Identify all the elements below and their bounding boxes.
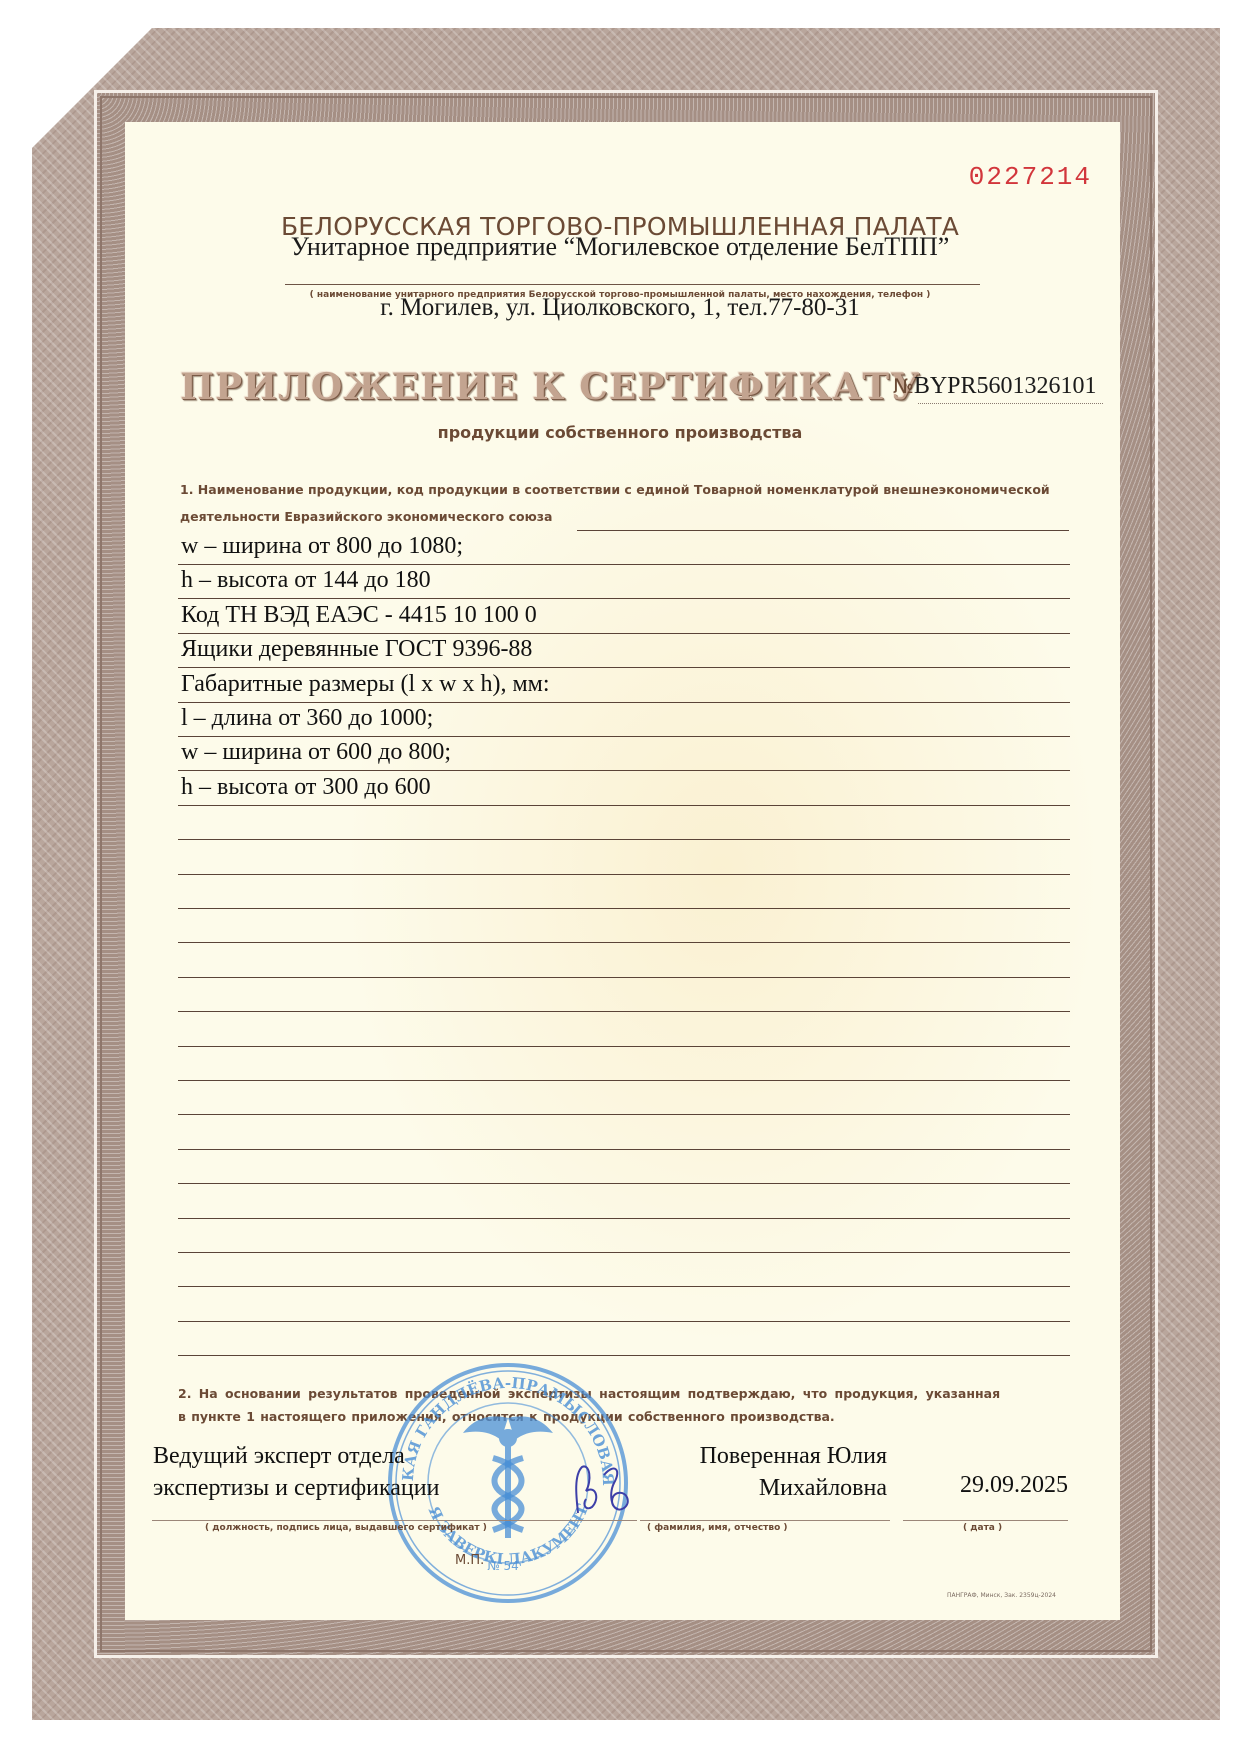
ruled-line [178, 839, 1070, 840]
section1-heading-line1: 1. Наименование продукции, код продукции… [180, 482, 1050, 497]
name-line2: Михайловна [700, 1472, 887, 1504]
printer-note: ПАНГРАФ, Минск, Зак. 2359ц-2024 [947, 1592, 1056, 1599]
name-line1: Поверенная Юлия [700, 1440, 887, 1472]
ruled-line [178, 1321, 1070, 1322]
product-entry: w – ширина от 800 до 1080; [181, 533, 463, 560]
ruled-line [178, 667, 1070, 668]
ruled-line [178, 942, 1070, 943]
certificate-number-rule [918, 403, 1103, 404]
product-entry: Габаритные размеры (l x w x h), мм: [181, 671, 550, 698]
svg-text:№ 54: № 54 [487, 1559, 519, 1573]
ruled-line [178, 702, 1070, 703]
ruled-line [178, 633, 1070, 634]
enterprise-name: Унитарное предприятие “Могилевское отдел… [0, 232, 1240, 262]
position-rule [152, 1520, 637, 1521]
product-entry: w – ширина от 600 до 800; [181, 739, 451, 766]
certificate-number-value: BYPR5601326101 [914, 373, 1097, 399]
name-rule [640, 1520, 890, 1521]
issuer-address: г. Могилев, ул. Циолковского, 1, тел.77-… [0, 294, 1240, 322]
number-sign: № [893, 374, 914, 398]
position-line1: Ведущий эксперт отдела [153, 1440, 439, 1472]
ruled-line [178, 1183, 1070, 1184]
signature-date: 29.09.2025 [960, 1472, 1068, 1499]
signature-icon [570, 1455, 640, 1525]
document-subtitle: продукции собственного производства [0, 423, 1240, 442]
issuer-rule [285, 284, 980, 285]
name-caption: ( фамилия, имя, отчество ) [647, 1523, 788, 1533]
ruled-line [178, 1149, 1070, 1150]
ruled-line [178, 977, 1070, 978]
position-caption: ( должность, подпись лица, выдавшего сер… [205, 1523, 487, 1533]
signatory-position: Ведущий эксперт отдела экспертизы и серт… [153, 1440, 439, 1504]
ruled-line [178, 1286, 1070, 1287]
ruled-line [178, 564, 1070, 565]
ruled-line [178, 1252, 1070, 1253]
serial-number: 0227214 [969, 162, 1092, 192]
ruled-line [178, 1114, 1070, 1115]
seal-label: М.П. [455, 1553, 484, 1568]
ruled-line [178, 874, 1070, 875]
document-title: ПРИЛОЖЕНИЕ К СЕРТИФИКАТУ [180, 366, 920, 408]
ruled-line [178, 1046, 1070, 1047]
section1-heading-rule [577, 530, 1069, 531]
date-rule [903, 1520, 1068, 1521]
certificate-number: №BYPR5601326101 [893, 373, 1097, 400]
product-entry: Код ТН ВЭД ЕАЭС - 4415 10 100 0 [181, 602, 537, 629]
section1-heading-line2: деятельности Евразийского экономического… [180, 509, 552, 524]
ruled-line [178, 736, 1070, 737]
ruled-line [178, 1080, 1070, 1081]
product-entry: h – высота от 300 до 600 [181, 774, 431, 801]
ruled-line [178, 908, 1070, 909]
product-entry: l – длина от 360 до 1000; [181, 705, 433, 732]
ruled-line [178, 1011, 1070, 1012]
product-entry: h – высота от 144 до 180 [181, 567, 431, 594]
ruled-line [178, 805, 1070, 806]
ruled-line [178, 770, 1070, 771]
ruled-line [178, 1355, 1070, 1356]
signatory-name: Поверенная Юлия Михайловна [700, 1440, 887, 1504]
date-caption: ( дата ) [963, 1523, 1002, 1533]
ruled-line [178, 598, 1070, 599]
product-entry: Ящики деревянные ГОСТ 9396-88 [181, 636, 532, 663]
position-line2: экспертизы и сертификации [153, 1472, 439, 1504]
ruled-line [178, 1218, 1070, 1219]
